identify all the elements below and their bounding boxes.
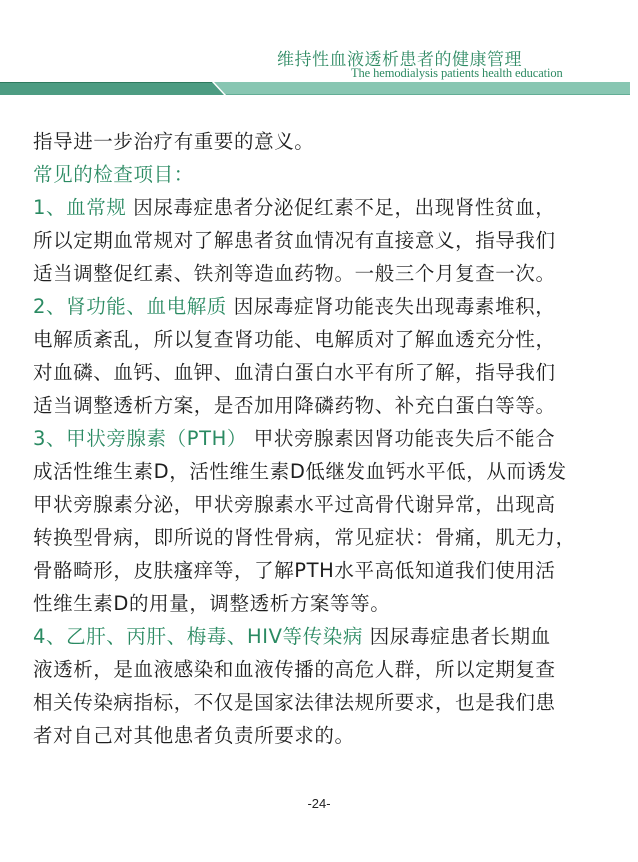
- text-line: 对血磷、血钙、血钾、血清白蛋白水平有所了解，指导我们: [33, 356, 613, 389]
- text-line: 相关传染病指标，不仅是国家法律法规所要求，也是我们患: [33, 686, 613, 719]
- text-line: 转换型骨病，即所说的肾性骨病，常见症状：骨痛，肌无力，: [33, 521, 613, 554]
- item-heading: 3、甲状旁腺素（PTH）: [33, 427, 247, 450]
- section-heading: 常见的检查项目：: [33, 158, 613, 191]
- text-line: 电解质紊乱，所以复查肾功能、电解质对了解血透充分性，: [33, 323, 613, 356]
- text-line: 1、血常规 因尿毒症患者分泌促红素不足，出现肾性贫血，: [33, 191, 613, 224]
- body-text: 指导进一步治疗有重要的意义。 常见的检查项目： 1、血常规 因尿毒症患者分泌促红…: [33, 125, 613, 752]
- text-line: 性维生素D的用量，调整透析方案等等。: [33, 587, 613, 620]
- page-number: -24-: [0, 796, 638, 811]
- text-line: 适当调整促红素、铁剂等造血药物。一般三个月复查一次。: [33, 257, 613, 290]
- text-line: 液透析，是血液感染和血液传播的高危人群，所以定期复查: [33, 653, 613, 686]
- text-line: 2、肾功能、血电解质 因尿毒症肾功能丧失出现毒素堆积，: [33, 290, 613, 323]
- header-band-dark-edge: [0, 82, 212, 83]
- header-band-light-edge: [226, 94, 630, 95]
- text-line: 所以定期血常规对了解患者贫血情况有直接意义，指导我们: [33, 224, 613, 257]
- text-line: 指导进一步治疗有重要的意义。: [33, 125, 613, 158]
- text-line: 者对自己对其他患者负责所要求的。: [33, 719, 613, 752]
- text-line: 骨骼畸形，皮肤瘙痒等，了解PTH水平高低知道我们使用活: [33, 554, 613, 587]
- text-line: 4、乙肝、丙肝、梅毒、HIV等传染病 因尿毒症患者长期血: [33, 620, 613, 653]
- text-line: 甲状旁腺素分泌，甲状旁腺素水平过高骨代谢异常，出现高: [33, 488, 613, 521]
- text-line: 成活性维生素D，活性维生素D低继发血钙水平低，从而诱发: [33, 455, 613, 488]
- text-line: 适当调整透析方案，是否加用降磷药物、补充白蛋白等等。: [33, 389, 613, 422]
- header-band-dark: [0, 82, 224, 95]
- header-subtitle: The hemodialysis patients health educati…: [351, 66, 563, 81]
- text-line: 3、甲状旁腺素（PTH） 甲状旁腺素因肾功能丧失后不能合: [33, 422, 613, 455]
- item-heading: 2、肾功能、血电解质: [33, 295, 227, 318]
- item-heading: 1、血常规: [33, 196, 126, 219]
- item-heading: 4、乙肝、丙肝、梅毒、HIV等传染病: [33, 625, 363, 648]
